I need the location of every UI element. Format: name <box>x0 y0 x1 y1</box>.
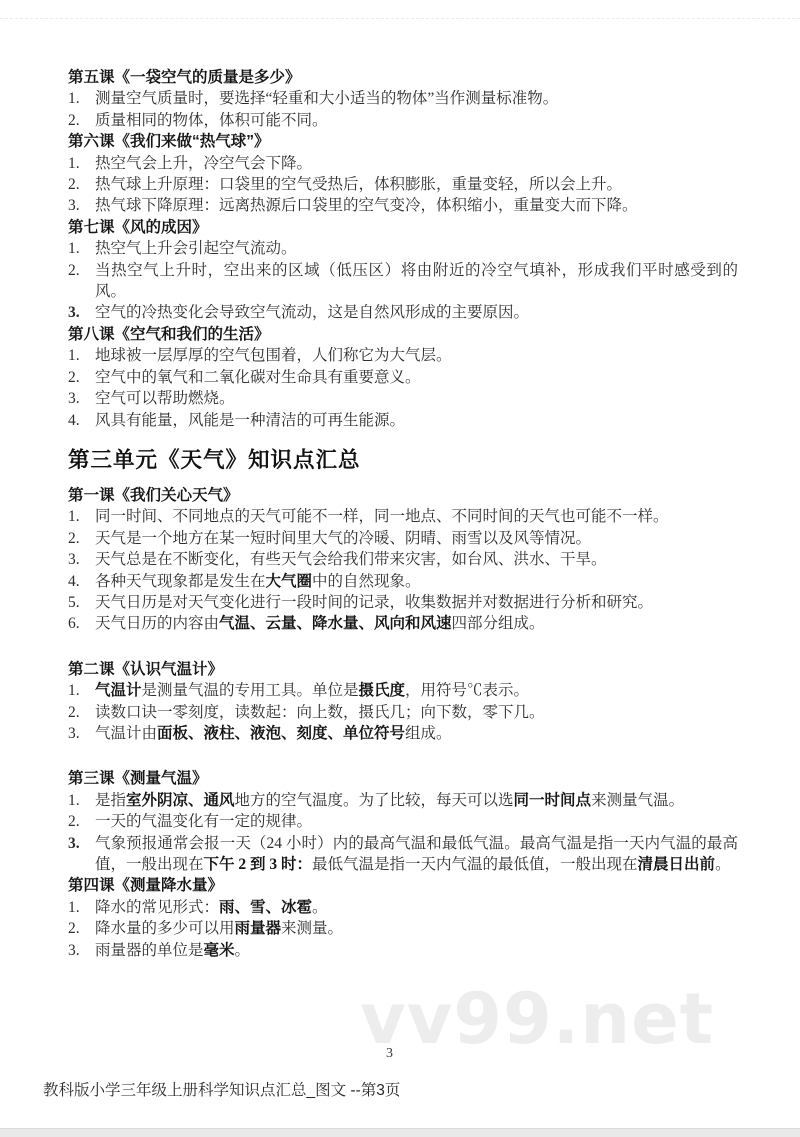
list-item-number: 2. <box>68 702 80 723</box>
body-text: 天气总是在不断变化，有些天气会给我们带来灾害，如台风、洪水、干旱。 <box>95 551 607 568</box>
lesson-section: 第五课《一袋空气的质量是多少》1.测量空气质量时，要选择“轻重和大小适当的物体”… <box>68 67 738 131</box>
list-item-number: 2. <box>68 811 80 832</box>
body-text: 天气是一个地方在某一短时间里大气的冷暖、阴晴、雨雪以及风等情况。 <box>95 530 591 547</box>
body-text: 同一时间、不同地点的天气可能不一样，同一地点、不同时间的天气也可能不一样。 <box>95 508 669 525</box>
lesson-heading: 第三课《测量气温》 <box>68 768 738 789</box>
body-text: 热气球下降原理：远离热源后口袋里的空气变冷，体积缩小，重量变大而下降。 <box>95 197 638 214</box>
document-body: 第五课《一袋空气的质量是多少》1.测量空气质量时，要选择“轻重和大小适当的物体”… <box>68 67 738 961</box>
emphasized-text: 下午 2 到 3 时： <box>204 856 313 873</box>
list-item-number: 1. <box>68 238 80 259</box>
lesson-heading: 第五课《一袋空气的质量是多少》 <box>68 67 738 88</box>
body-text: 各种天气现象都是发生在 <box>95 573 266 590</box>
lesson-heading: 第四课《测量降水量》 <box>68 875 738 896</box>
list-item: 2.天气是一个地方在某一短时间里大气的冷暖、阴晴、雨雪以及风等情况。 <box>68 528 738 549</box>
list-item: 2.热气球上升原理：口袋里的空气受热后，体积膨胀，重量变轻，所以会上升。 <box>68 174 738 195</box>
list-item-number: 2. <box>68 528 80 549</box>
body-text: 四部分组成。 <box>452 615 545 632</box>
lesson-heading: 第二课《认识气温计》 <box>68 659 738 680</box>
list-item: 4.各种天气现象都是发生在大气圈中的自然现象。 <box>68 571 738 592</box>
body-text: 空气中的氧气和二氧化碳对生命具有重要意义。 <box>95 369 421 386</box>
document-page: vv99.net 第五课《一袋空气的质量是多少》1.测量空气质量时，要选择“轻重… <box>0 0 800 1137</box>
body-text: 当热空气上升时，空出来的区域（低压区）将由附近的冷空气填补，形成我们平时感受到的… <box>95 262 738 300</box>
list-item-number: 1. <box>68 680 80 701</box>
lesson-section: 第三课《测量气温》1.是指室外阴凉、通风地方的空气温度。为了比较，每天可以选同一… <box>68 768 738 875</box>
list-item-number: 1. <box>68 897 80 918</box>
body-text: 热空气会上升，冷空气会下降。 <box>95 155 312 172</box>
list-item-number: 1. <box>68 153 80 174</box>
body-text: 组成。 <box>405 725 452 742</box>
list-item: 1.测量空气质量时，要选择“轻重和大小适当的物体”当作测量标准物。 <box>68 88 738 109</box>
emphasized-text: 同一时间点 <box>514 792 592 809</box>
body-text: 空气可以帮助燃烧。 <box>95 390 235 407</box>
emphasized-text: 毫米 <box>204 942 235 959</box>
body-text: 。 <box>312 899 328 916</box>
list-item-number: 1. <box>68 790 80 811</box>
list-item: 1.降水的常见形式：雨、雪、冰雹。 <box>68 897 738 918</box>
list-item-number: 4. <box>68 410 80 431</box>
emphasized-text: 面板、液柱、液泡、刻度、单位符号 <box>157 725 405 742</box>
body-text: 空气的冷热变化会导致空气流动，这是自然风形成的主要原因。 <box>95 304 529 321</box>
body-text: 气温计由 <box>95 725 157 742</box>
list-item: 2.降水量的多少可以用雨量器来测量。 <box>68 918 738 939</box>
list-item-number: 6. <box>68 613 80 634</box>
emphasized-text: 大气圈 <box>266 573 313 590</box>
lesson-heading: 第七课《风的成因》 <box>68 217 738 238</box>
lesson-section: 第一课《我们关心天气》1.同一时间、不同地点的天气可能不一样，同一地点、不同时间… <box>68 485 738 635</box>
body-text: 是测量气温的专用工具。单位是 <box>142 682 359 699</box>
list-item: 3.空气可以帮助燃烧。 <box>68 388 738 409</box>
list-item-number: 4. <box>68 571 80 592</box>
list-item-number: 1. <box>68 506 80 527</box>
list-item-number: 2. <box>68 260 80 281</box>
body-text: 天气日历的内容由 <box>95 615 219 632</box>
emphasized-text: 雨、雪、冰雹 <box>219 899 312 916</box>
body-text: 读数口诀一零刻度，读数起：向上数，摄氏几；向下数，零下几。 <box>95 704 545 721</box>
list-item: 3.天气总是在不断变化，有些天气会给我们带来灾害，如台风、洪水、干旱。 <box>68 549 738 570</box>
emphasized-text: 摄氏度 <box>359 682 406 699</box>
list-item: 2.质量相同的物体，体积可能不同。 <box>68 110 738 131</box>
list-item: 2.空气中的氧气和二氧化碳对生命具有重要意义。 <box>68 367 738 388</box>
body-text: 是指 <box>95 792 126 809</box>
list-item-number: 3. <box>68 833 80 854</box>
list-item-number: 3. <box>68 549 80 570</box>
list-item-number: 2. <box>68 367 80 388</box>
lesson-heading: 第一课《我们关心天气》 <box>68 485 738 506</box>
list-item-number: 2. <box>68 918 80 939</box>
list-item-number: 2. <box>68 110 80 131</box>
list-item: 3.热气球下降原理：远离热源后口袋里的空气变冷，体积缩小，重量变大而下降。 <box>68 195 738 216</box>
list-item: 1.地球被一层厚厚的空气包围着，人们称它为大气层。 <box>68 345 738 366</box>
list-item: 3.气温计由面板、液柱、液泡、刻度、单位符号组成。 <box>68 723 738 744</box>
body-text: 测量空气质量时，要选择“轻重和大小适当的物体”当作测量标准物。 <box>95 90 558 107</box>
body-text: ，用符号℃表示。 <box>405 682 529 699</box>
list-item-number: 3. <box>68 388 80 409</box>
body-text: 地球被一层厚厚的空气包围着，人们称它为大气层。 <box>95 347 452 364</box>
list-item: 1.是指室外阴凉、通风地方的空气温度。为了比较，每天可以选同一时间点来测量气温。 <box>68 790 738 811</box>
footer-text: 教科版小学三年级上册科学知识点汇总_图文 --第3页 <box>43 1078 400 1100</box>
list-item: 4.风具有能量，风能是一种清洁的可再生能源。 <box>68 410 738 431</box>
list-item: 2.一天的气温变化有一定的规律。 <box>68 811 738 832</box>
lesson-heading: 第六课《我们来做“热气球”》 <box>68 131 738 152</box>
list-item: 1.气温计是测量气温的专用工具。单位是摄氏度，用符号℃表示。 <box>68 680 738 701</box>
list-item-number: 2. <box>68 174 80 195</box>
body-text: 雨量器的单位是 <box>95 942 204 959</box>
list-item: 3.气象预报通常会报一天（24 小时）内的最高气温和最低气温。最高气温是指一天内… <box>68 833 738 876</box>
body-text: 热气球上升原理：口袋里的空气受热后，体积膨胀，重量变轻，所以会上升。 <box>95 176 622 193</box>
lesson-section: 第四课《测量降水量》1.降水的常见形式：雨、雪、冰雹。2.降水量的多少可以用雨量… <box>68 875 738 961</box>
list-item: 6.天气日历的内容由气温、云量、降水量、风向和风速四部分组成。 <box>68 613 738 634</box>
body-text: 天气日历是对天气变化进行一段时间的记录，收集数据并对数据进行分析和研究。 <box>95 594 653 611</box>
body-text: 中的自然现象。 <box>312 573 421 590</box>
list-item-number: 1. <box>68 88 80 109</box>
bottom-bar <box>0 1128 800 1137</box>
list-item-number: 3. <box>68 723 80 744</box>
lesson-section: 第二课《认识气温计》1.气温计是测量气温的专用工具。单位是摄氏度，用符号℃表示。… <box>68 659 738 745</box>
body-text: 来测量气温。 <box>591 792 684 809</box>
body-text: 降水的常见形式： <box>95 899 219 916</box>
body-text: 。 <box>715 856 731 873</box>
list-item-number: 3. <box>68 195 80 216</box>
body-text: 最低气温是指一天内气温的最低值，一般出现在 <box>312 856 638 873</box>
list-item: 1.同一时间、不同地点的天气可能不一样，同一地点、不同时间的天气也可能不一样。 <box>68 506 738 527</box>
lesson-section: 第七课《风的成因》1.热空气上升会引起空气流动。2.当热空气上升时，空出来的区域… <box>68 217 738 324</box>
body-text: 降水量的多少可以用 <box>95 920 235 937</box>
lesson-heading: 第八课《空气和我们的生活》 <box>68 324 738 345</box>
list-item: 2.当热空气上升时，空出来的区域（低压区）将由附近的冷空气填补，形成我们平时感受… <box>68 260 738 303</box>
body-text: 地方的空气温度。为了比较，每天可以选 <box>235 792 514 809</box>
lesson-section: 第八课《空气和我们的生活》1.地球被一层厚厚的空气包围着，人们称它为大气层。2.… <box>68 324 738 431</box>
page-top-edge <box>0 18 800 19</box>
body-text: 质量相同的物体，体积可能不同。 <box>95 112 328 129</box>
list-item: 1.热空气会上升，冷空气会下降。 <box>68 153 738 174</box>
emphasized-text: 室外阴凉、通风 <box>126 792 235 809</box>
emphasized-text: 气温计 <box>95 682 142 699</box>
list-item: 2.读数口诀一零刻度，读数起：向上数，摄氏几；向下数，零下几。 <box>68 702 738 723</box>
emphasized-text: 雨量器 <box>235 920 282 937</box>
body-text: 。 <box>235 942 251 959</box>
page-number: 3 <box>386 1046 393 1062</box>
watermark: vv99.net <box>360 984 714 1054</box>
list-item: 1.热空气上升会引起空气流动。 <box>68 238 738 259</box>
list-item: 5.天气日历是对天气变化进行一段时间的记录，收集数据并对数据进行分析和研究。 <box>68 592 738 613</box>
list-item-number: 3. <box>68 940 80 961</box>
list-item-number: 5. <box>68 592 80 613</box>
body-text: 热空气上升会引起空气流动。 <box>95 240 297 257</box>
list-item: 3.雨量器的单位是毫米。 <box>68 940 738 961</box>
body-text: 一天的气温变化有一定的规律。 <box>95 813 312 830</box>
list-item-number: 1. <box>68 345 80 366</box>
lesson-section: 第六课《我们来做“热气球”》1.热空气会上升，冷空气会下降。2.热气球上升原理：… <box>68 131 738 217</box>
emphasized-text: 清晨日出前 <box>638 856 716 873</box>
list-item: 3.空气的冷热变化会导致空气流动，这是自然风形成的主要原因。 <box>68 302 738 323</box>
body-text: 风具有能量，风能是一种清洁的可再生能源。 <box>95 412 405 429</box>
list-item-number: 3. <box>68 302 80 323</box>
body-text: 来测量。 <box>281 920 343 937</box>
emphasized-text: 气温、云量、降水量、风向和风速 <box>219 615 452 632</box>
unit-heading: 第三单元《天气》知识点汇总 <box>68 445 738 475</box>
